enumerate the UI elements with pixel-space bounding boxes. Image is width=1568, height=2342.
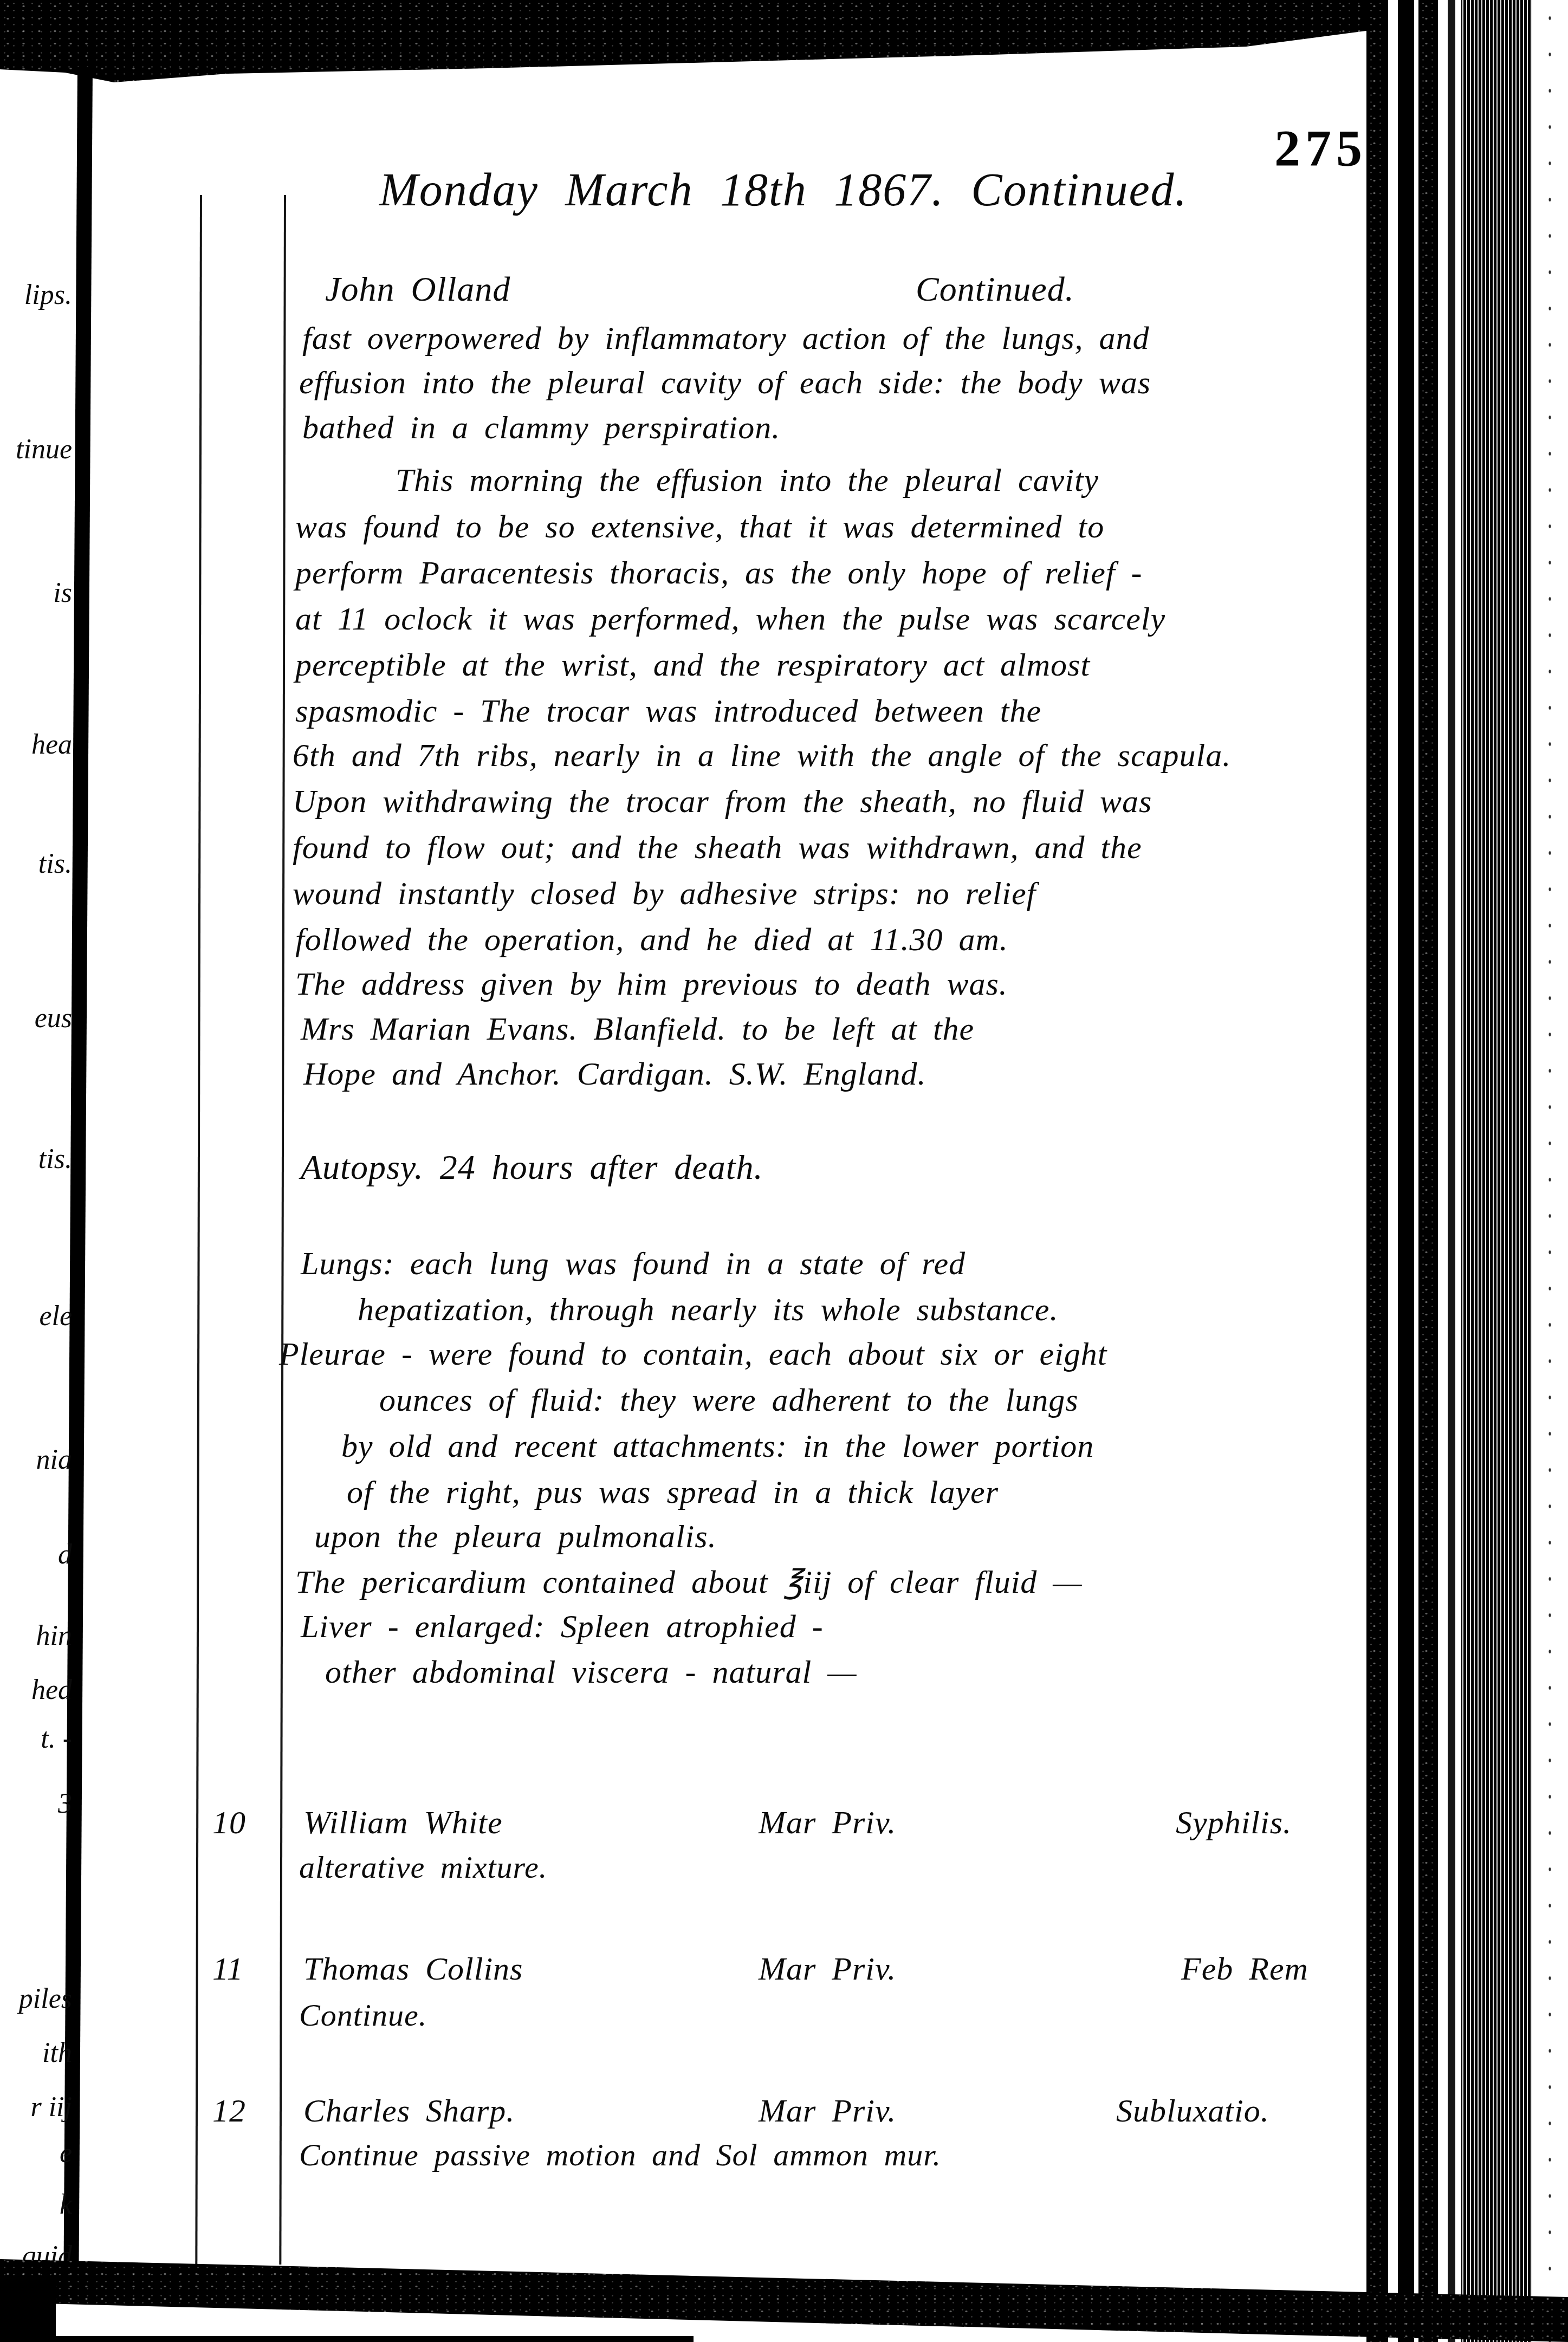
margin-fragment: tis. [38,848,72,880]
case-entry-treatment: Continue. [299,1997,427,2033]
margin-fragment: ele [39,1300,72,1332]
fore-edge-stripe [1366,0,1388,2342]
facing-page-edge: lips.tinueisheatis.eustis.eleniadhinhedt… [0,0,76,2342]
manuscript-line: was found to be so extensive, that it wa… [295,508,1104,546]
manuscript-line: Upon withdrawing the trocar from the she… [293,783,1152,820]
margin-fragment: is [53,577,72,609]
manuscript-line: spasmodic - The trocar was introduced be… [295,692,1041,730]
book-fore-edge [1366,0,1568,2342]
manuscript-line: at 11 oclock it was performed, when the … [295,600,1165,638]
margin-fragment: ith [42,2037,72,2069]
finding-line: upon the pleura pulmonalis. [314,1518,717,1555]
bottom-scan-border [0,2243,1568,2342]
margin-fragment: hin [36,1620,72,1652]
margin-fragment: hea [31,729,72,761]
margin-fragment: piles [19,1983,72,2015]
margin-fragment: nia [36,1444,72,1476]
margin-fragment: eus [35,1002,72,1034]
case-entry-name: Thomas Collins [303,1950,523,1988]
case-entry-diagnosis: Feb Rem [1181,1950,1308,1988]
case-entry-rank: Mar Priv. [759,1804,896,1841]
finding-line: other abdominal viscera - natural — [325,1653,857,1691]
margin-rule-inner [279,195,286,2265]
manuscript-line: fast overpowered by inflammatory action … [302,320,1150,357]
case-entry-rank: Mar Priv. [759,1950,896,1988]
manuscript-line: Mrs Marian Evans. Blanfield. to be left … [301,1010,974,1048]
finding-line: Pleurae - were found to contain, each ab… [279,1335,1107,1373]
manuscript-line: perceptible at the wrist, and the respir… [295,646,1090,684]
case-entry-number: 12 [212,2092,246,2130]
finding-line: Lungs: each lung was found in a state of… [301,1245,966,1282]
case-entry-treatment: Continue passive motion and Sol ammon mu… [299,2137,941,2173]
page-number: 275 [1274,118,1367,178]
margin-fragment: d [58,1539,72,1571]
finding-line: hepatization, through nearly its whole s… [358,1291,1058,1328]
finding-line: Liver - enlarged: Spleen atrophied - [301,1608,824,1645]
continued-label: Continued. [916,269,1074,309]
manuscript-line: The address given by him previous to dea… [295,965,1008,1003]
margin-fragment: k [60,2189,72,2221]
case-entry-diagnosis: Syphilis. [1176,1804,1292,1841]
margin-fragment: t. - [41,1723,72,1755]
margin-rule-outer [195,195,202,2265]
fore-edge-page-texture [1461,0,1532,2342]
fore-edge-speckles [1539,0,1568,2342]
top-scan-border [0,0,1387,82]
manuscript-line: This morning the effusion into the pleur… [396,462,1099,499]
manuscript-line: followed the operation, and he died at 1… [295,921,1008,958]
margin-fragment: tinue [16,433,72,465]
case-entry-name: William White [303,1804,503,1841]
patient-name: John Olland [325,269,510,309]
manuscript-line: found to flow out; and the sheath was wi… [293,829,1142,866]
manuscript-line: perform Paracentesis thoracis, as the on… [295,554,1143,592]
margin-fragment: r iij [30,2091,72,2123]
margin-fragment: lips. [24,279,72,311]
margin-fragment: tis. [38,1143,72,1175]
manuscript-line: Hope and Anchor. Cardigan. S.W. England. [303,1055,926,1093]
case-entry-number: 11 [212,1950,244,1988]
scanned-journal-page: lips.tinueisheatis.eustis.eleniadhinhedt… [0,0,1568,2342]
fore-edge-stripe [1448,0,1455,2342]
fore-edge-stripe [1418,0,1438,2342]
manuscript-line: 6th and 7th ribs, nearly in a line with … [293,737,1231,774]
bottom-left-corner-shadow [0,2278,56,2342]
manuscript-line: effusion into the pleural cavity of each… [299,364,1151,401]
finding-line: of the right, pus was spread in a thick … [347,1474,999,1511]
date-header: Monday March 18th 1867. Continued. [379,163,1188,217]
bottom-edge-streak [0,2336,694,2342]
finding-line: The pericardium contained about ℥iij of … [295,1563,1083,1601]
manuscript-line: bathed in a clammy perspiration. [302,409,780,446]
case-entry-treatment: alterative mixture. [299,1849,547,1885]
finding-line: by old and recent attachments: in the lo… [341,1428,1094,1465]
manuscript-line: wound instantly closed by adhesive strip… [293,875,1036,912]
margin-fragment: hed [31,1674,72,1706]
case-entry-diagnosis: Subluxatio. [1116,2092,1269,2130]
fore-edge-stripe [1398,0,1414,2342]
case-entry-name: Charles Sharp. [303,2092,515,2130]
case-entry-rank: Mar Priv. [759,2092,896,2130]
autopsy-heading: Autopsy. 24 hours after death. [301,1147,763,1188]
finding-line: ounces of fluid: they were adherent to t… [379,1381,1079,1419]
margin-fragment: 3 [58,1788,72,1820]
margin-fragment: e [60,2137,72,2169]
case-entry-number: 10 [212,1804,246,1841]
